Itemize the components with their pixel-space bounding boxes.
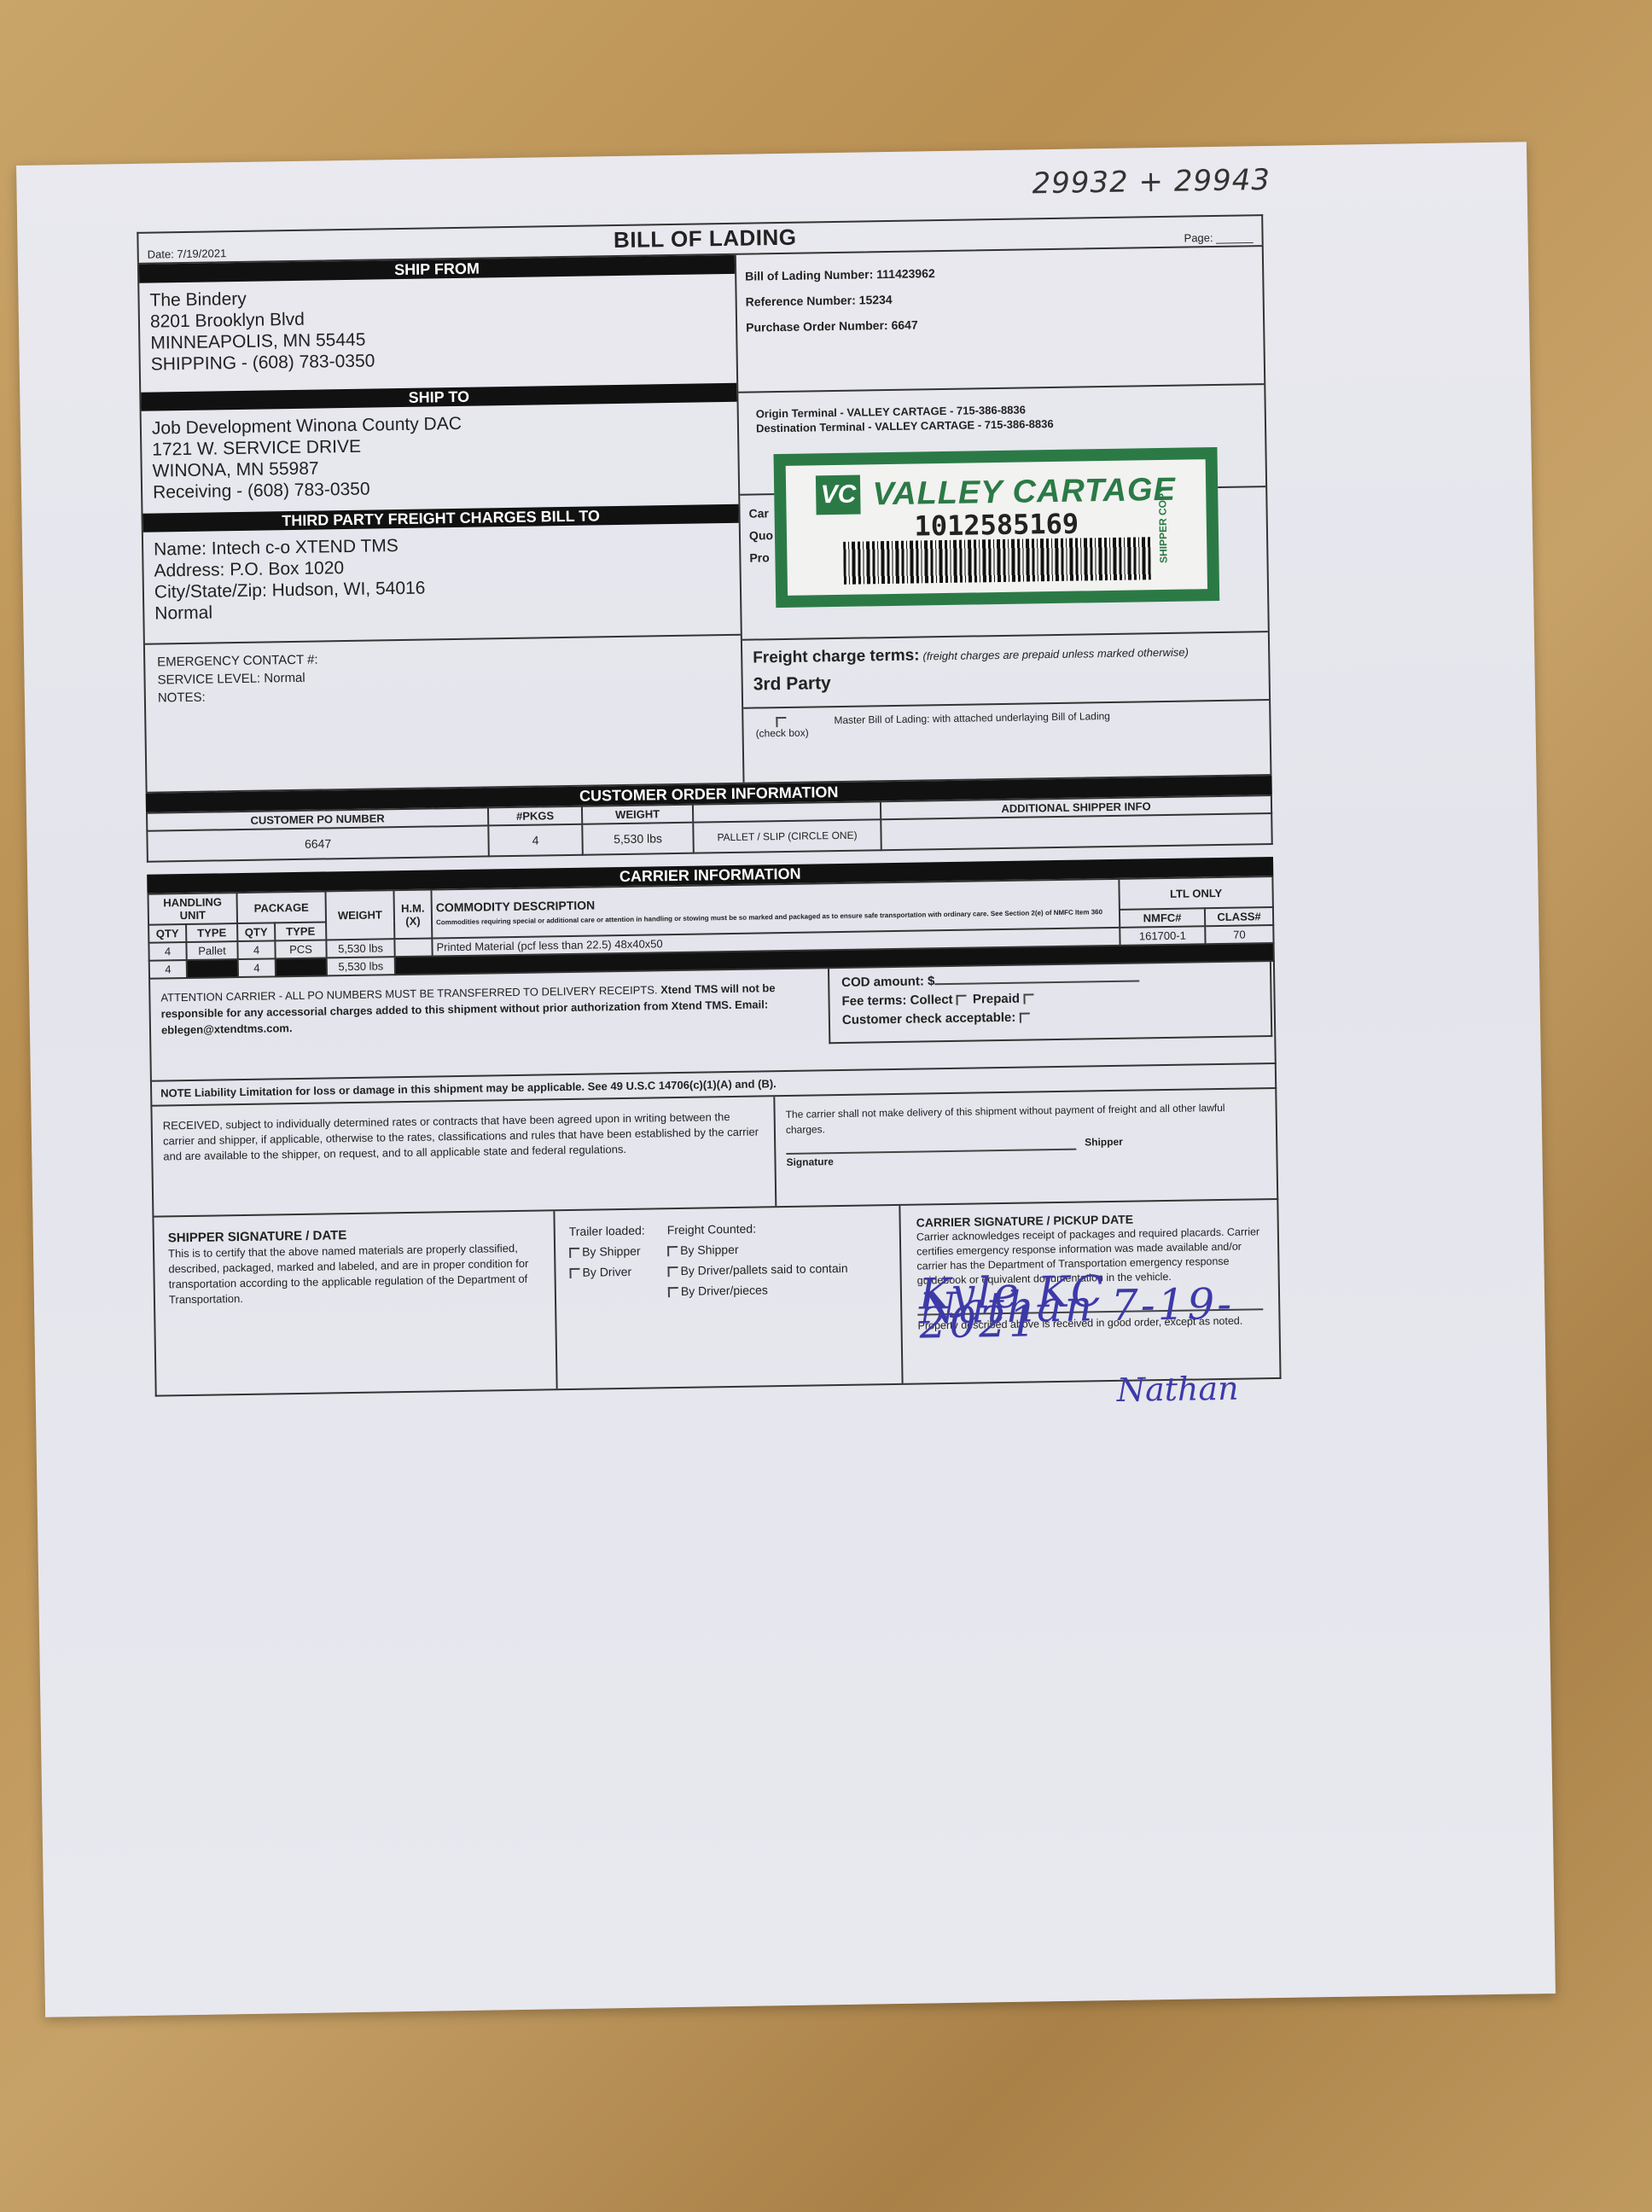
trailer-loaded: Trailer loaded: By Shipper By Driver [569, 1220, 648, 1378]
col-pkg-type: TYPE [275, 922, 326, 940]
ship-to-address: Job Development Winona County DAC 1721 W… [142, 402, 739, 514]
col-hu-type: TYPE [186, 923, 237, 942]
cell-hu-qty: 4 [148, 942, 186, 961]
freight-terms: Freight charge terms: (freight charges a… [742, 631, 1269, 707]
col-package: PACKAGE [236, 891, 326, 923]
col-ltl-only: LTL ONLY [1119, 876, 1273, 910]
no-delivery-text: The carrier shall not make delivery of t… [786, 1099, 1265, 1138]
loaded-by-shipper-label: By Shipper [582, 1244, 641, 1259]
shipper-signature-box: SHIPPER SIGNATURE / DATE This is to cert… [154, 1211, 557, 1394]
loaded-by-driver-checkbox[interactable] [569, 1268, 579, 1278]
counted-by-driver-pallets-checkbox[interactable] [667, 1266, 678, 1277]
received-text: RECEIVED, subject to individually determ… [152, 1097, 777, 1215]
checkbox-label: (check box) [756, 727, 809, 740]
bill-of-lading-sheet: 29932 + 29943 Date: 7/19/2021 BILL OF LA… [16, 142, 1556, 2017]
total-weight: 5,530 lbs [327, 957, 395, 975]
cell-pkg-qty: 4 [237, 940, 275, 959]
freight-counted: Freight Counted: By Shipper By Driver/pa… [667, 1217, 850, 1377]
counted-by-shipper-checkbox[interactable] [667, 1246, 678, 1256]
cod-amount-label: COD amount: $ [841, 974, 934, 990]
no-delivery-section: The carrier shall not make delivery of t… [775, 1089, 1277, 1206]
signature-label: Signature [786, 1155, 834, 1168]
carrier-signature-box: CARRIER SIGNATURE / PICKUP DATE Carrier … [900, 1200, 1279, 1383]
valley-cartage-pro-sticker: VC VALLEY CARTAGE 1012585169 SHIPPER COP… [773, 447, 1219, 608]
trailer-loaded-heading: Trailer loaded: [569, 1220, 645, 1242]
cell-pkgs: 4 [488, 824, 583, 857]
freight-terms-value: 3rd Party [753, 667, 1259, 695]
carrier-fields: Car Quo Pro VC VALLEY CARTAGE 1012585169… [740, 486, 1268, 639]
master-bol: (check box) Master Bill of Lading: with … [743, 699, 1270, 783]
col-hm: H.M. (X) [393, 889, 432, 939]
master-bol-checkbox[interactable] [776, 717, 786, 727]
col-weight: WEIGHT [582, 805, 693, 824]
handwritten-order-numbers: 29932 + 29943 [1032, 163, 1271, 201]
bol-form: Date: 7/19/2021 BILL OF LADING Page: ___… [137, 214, 1281, 1397]
col-weight: WEIGHT [325, 890, 394, 940]
cod-box: COD amount: $ Fee terms: Collect Prepaid… [828, 962, 1272, 1044]
document-title: BILL OF LADING [614, 224, 797, 253]
attention-text: ATTENTION CARRIER - ALL PO NUMBERS MUST … [150, 969, 829, 1080]
freight-terms-label: Freight charge terms: [753, 646, 920, 667]
col-pkg-qty: QTY [237, 923, 275, 941]
cell-pkg-type: PCS [275, 940, 326, 958]
blank-cell [276, 958, 327, 976]
fee-terms-label: Fee terms: Collect [841, 992, 952, 1009]
addresses-column: SHIP FROM The Bindery 8201 Brooklyn Blvd… [139, 255, 745, 792]
col-nmfc: NMFC# [1120, 908, 1205, 928]
loading-options: Trailer loaded: By Shipper By Driver Fre… [555, 1206, 903, 1388]
loaded-by-shipper-checkbox[interactable] [569, 1248, 579, 1258]
cell-pallet-slip: PALLET / SLIP (CIRCLE ONE) [693, 819, 881, 853]
col-pkgs: #PKGS [488, 806, 582, 826]
counted-by-driver-pieces-checkbox[interactable] [668, 1287, 678, 1297]
cell-weight: 5,530 lbs [326, 939, 394, 958]
total-pkg-qty: 4 [238, 958, 276, 977]
freight-terms-note: (freight charges are prepaid unless mark… [922, 646, 1189, 663]
freight-counted-heading: Freight Counted: [667, 1217, 847, 1240]
carrier-company-name: VALLEY CARTAGE [872, 479, 1176, 506]
reference-numbers: Bill of Lading Number: 111423962 Referen… [736, 247, 1264, 392]
counted-by-driver-pieces-label: By Driver/pieces [681, 1283, 768, 1298]
emergency-section: EMERGENCY CONTACT #: SERVICE LEVEL: Norm… [145, 634, 743, 789]
check-acceptable-label: Customer check acceptable: [842, 1010, 1016, 1027]
ship-from-address: The Bindery 8201 Brooklyn Blvd MINNEAPOL… [139, 274, 736, 393]
cell-hu-type: Pallet [186, 941, 237, 960]
barcode-icon [843, 537, 1151, 585]
attention-section: ATTENTION CARRIER - ALL PO NUMBERS MUST … [148, 962, 1277, 1082]
page-number: Page: ______ [1184, 230, 1253, 244]
check-acceptable-checkbox[interactable] [1019, 1013, 1029, 1023]
cell-additional [881, 813, 1272, 850]
carrier-handwritten-name: Nathan [1117, 1382, 1239, 1398]
date: Date: 7/19/2021 [148, 247, 227, 260]
top-section: SHIP FROM The Bindery 8201 Brooklyn Blvd… [137, 245, 1272, 794]
shipper-signature-field[interactable] [786, 1138, 1076, 1155]
cell-hm [394, 938, 432, 957]
prepaid-label: Prepaid [973, 992, 1020, 1007]
master-bol-text: Master Bill of Lading: with attached und… [834, 710, 1111, 774]
collect-checkbox[interactable] [957, 995, 967, 1005]
received-section: RECEIVED, subject to individually determ… [150, 1089, 1278, 1218]
vc-logo-icon: VC [816, 475, 861, 515]
pro-number: 1012585169 [914, 513, 1079, 538]
col-class: CLASS# [1205, 907, 1273, 926]
shipper-certification: This is to certify that the above named … [168, 1241, 541, 1308]
col-handling-unit: HANDLING UNIT [148, 893, 237, 925]
cell-po: 6647 [147, 825, 489, 861]
blank-cell [187, 959, 238, 978]
cell-class: 70 [1205, 925, 1273, 944]
total-hu-qty: 4 [149, 960, 187, 979]
cod-amount-field[interactable] [934, 980, 1139, 985]
counted-by-shipper-label: By Shipper [680, 1243, 739, 1257]
carrier-handwritten-signature: Kyle KC Nathan 7-19-2021 [919, 1282, 1279, 1331]
loaded-by-driver-label: By Driver [582, 1265, 631, 1279]
col-hu-qty: QTY [148, 924, 186, 943]
shipper-label: Shipper [1085, 1134, 1123, 1150]
reference-column: Bill of Lading Number: 111423962 Referen… [736, 247, 1271, 783]
third-party-address: Name: Intech c-o XTEND TMS Address: P.O.… [143, 523, 741, 643]
signature-section: SHIPPER SIGNATURE / DATE This is to cert… [152, 1200, 1281, 1397]
counted-by-driver-pallets-label: By Driver/pallets said to contain [680, 1261, 847, 1278]
prepaid-checkbox[interactable] [1023, 993, 1033, 1004]
copy-type: SHIPPER COPY [1151, 486, 1174, 563]
cell-nmfc: 161700-1 [1120, 926, 1205, 946]
cell-weight: 5,530 lbs [582, 823, 694, 855]
